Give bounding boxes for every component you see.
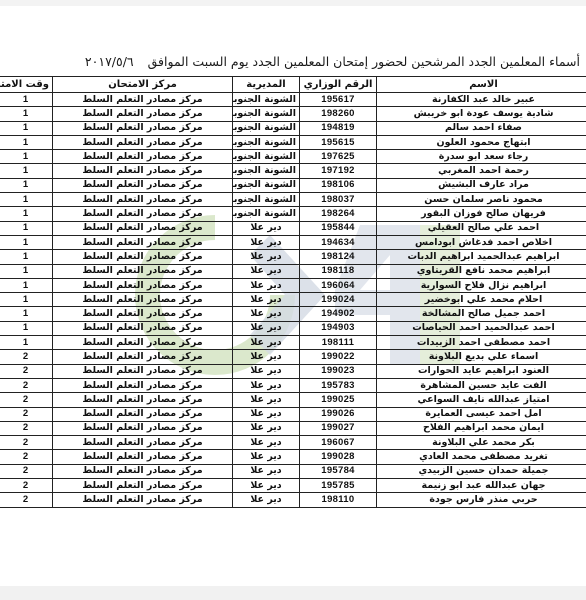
header-directorate: المديرية <box>233 77 300 93</box>
cell-directorate: دير علا <box>233 407 300 421</box>
cell-directorate: دير علا <box>233 421 300 435</box>
cell-name: محمود ناصر سلمان حسن <box>377 193 586 207</box>
table-row: فريهان صالح فوزان البقور198264الشونة الج… <box>0 207 586 221</box>
cell-ministry-number: 198260 <box>300 107 377 121</box>
cell-exam-center: مركز مصادر التعلم السلط <box>53 164 233 178</box>
table-row: احمد جميل صالح المشالخة194902دير علامركز… <box>0 307 586 321</box>
cell-ministry-number: 199026 <box>300 407 377 421</box>
cell-directorate: دير علا <box>233 493 300 507</box>
cell-name: الفت عايد حسين المشاهرة <box>377 378 586 392</box>
cell-exam-time: 2 <box>0 378 53 392</box>
cell-ministry-number: 199024 <box>300 293 377 307</box>
cell-directorate: الشونة الجنوبية <box>233 121 300 135</box>
cell-exam-center: مركز مصادر التعلم السلط <box>53 407 233 421</box>
cell-directorate: دير علا <box>233 436 300 450</box>
table-row: العنود ابراهيم عايد الحوارات199023دير عل… <box>0 364 586 378</box>
cell-exam-time: 2 <box>0 436 53 450</box>
table-row: احلام محمد علي ابوخضير199024دير علامركز … <box>0 293 586 307</box>
cell-exam-center: مركز مصادر التعلم السلط <box>53 350 233 364</box>
cell-name: ابتهاج محمود العلون <box>377 135 586 149</box>
table-row: ابراهيم عبدالحميد ابراهيم الدبات198124دي… <box>0 250 586 264</box>
cell-name: فريهان صالح فوزان البقور <box>377 207 586 221</box>
cell-exam-center: مركز مصادر التعلم السلط <box>53 93 233 107</box>
cell-exam-time: 1 <box>0 121 53 135</box>
cell-exam-time: 1 <box>0 336 53 350</box>
cell-exam-time: 1 <box>0 193 53 207</box>
title-date: ٢٠١٧/٥/٦ <box>85 54 134 69</box>
cell-ministry-number: 198106 <box>300 178 377 192</box>
cell-name: جهان عبدالله عبد ابو زنيمة <box>377 479 586 493</box>
cell-name: ابراهيم نزال فلاح السوارية <box>377 278 586 292</box>
cell-exam-time: 1 <box>0 307 53 321</box>
cell-ministry-number: 199025 <box>300 393 377 407</box>
cell-exam-time: 2 <box>0 407 53 421</box>
cell-exam-time: 1 <box>0 178 53 192</box>
cell-directorate: الشونة الجنوبية <box>233 135 300 149</box>
cell-exam-time: 2 <box>0 350 53 364</box>
cell-exam-time: 2 <box>0 450 53 464</box>
table-row: الفت عايد حسين المشاهرة195783دير علامركز… <box>0 378 586 392</box>
cell-exam-time: 2 <box>0 421 53 435</box>
cell-ministry-number: 194634 <box>300 235 377 249</box>
cell-exam-center: مركز مصادر التعلم السلط <box>53 336 233 350</box>
cell-ministry-number: 195615 <box>300 135 377 149</box>
cell-name: شادية يوسف عودة ابو خريبش <box>377 107 586 121</box>
cell-exam-center: مركز مصادر التعلم السلط <box>53 278 233 292</box>
table-row: محمود ناصر سلمان حسن198037الشونة الجنوبي… <box>0 193 586 207</box>
cell-name: جميلة حمدان حسين الزبيدي <box>377 464 586 478</box>
cell-ministry-number: 199027 <box>300 421 377 435</box>
cell-directorate: الشونة الجنوبية <box>233 150 300 164</box>
cell-exam-time: 1 <box>0 107 53 121</box>
cell-directorate: دير علا <box>233 293 300 307</box>
cell-exam-time: 1 <box>0 293 53 307</box>
cell-name: اسماء علي بديع البلاونة <box>377 350 586 364</box>
cell-exam-center: مركز مصادر التعلم السلط <box>53 135 233 149</box>
cell-ministry-number: 198111 <box>300 336 377 350</box>
cell-exam-center: مركز مصادر التعلم السلط <box>53 264 233 278</box>
header-ministry-number: الرقم الوزاري <box>300 77 377 93</box>
cell-directorate: الشونة الجنوبية <box>233 207 300 221</box>
cell-directorate: دير علا <box>233 450 300 464</box>
table-row: امل احمد عيسى العمايرة199026دير علامركز … <box>0 407 586 421</box>
cell-directorate: دير علا <box>233 221 300 235</box>
table-header-row: الاسم الرقم الوزاري المديرية مركز الامتح… <box>0 77 586 93</box>
cell-directorate: دير علا <box>233 479 300 493</box>
cell-ministry-number: 195785 <box>300 479 377 493</box>
cell-ministry-number: 195617 <box>300 93 377 107</box>
cell-exam-center: مركز مصادر التعلم السلط <box>53 436 233 450</box>
cell-exam-time: 1 <box>0 135 53 149</box>
table-row: ابراهيم محمد نافع القريتاوي198118دير علا… <box>0 264 586 278</box>
cell-directorate: دير علا <box>233 278 300 292</box>
cell-exam-center: مركز مصادر التعلم السلط <box>53 193 233 207</box>
cell-name: امتياز عبدالله نايف السواعي <box>377 393 586 407</box>
cell-name: تغريد مصطفى محمد العادي <box>377 450 586 464</box>
table-row: ابتهاج محمود العلون195615الشونة الجنوبية… <box>0 135 586 149</box>
cell-ministry-number: 198264 <box>300 207 377 221</box>
table-row: شادية يوسف عودة ابو خريبش198260الشونة ال… <box>0 107 586 121</box>
table-row: امتياز عبدالله نايف السواعي199025دير علا… <box>0 393 586 407</box>
cell-ministry-number: 195784 <box>300 464 377 478</box>
cell-directorate: الشونة الجنوبية <box>233 93 300 107</box>
cell-exam-time: 2 <box>0 479 53 493</box>
cell-name: احمد مصطفى احمد الزبيدات <box>377 336 586 350</box>
header-name: الاسم <box>377 77 586 93</box>
cell-directorate: دير علا <box>233 336 300 350</box>
cell-directorate: دير علا <box>233 250 300 264</box>
cell-exam-time: 1 <box>0 221 53 235</box>
cell-exam-time: 1 <box>0 278 53 292</box>
cell-directorate: دير علا <box>233 393 300 407</box>
cell-directorate: دير علا <box>233 321 300 335</box>
cell-name: احمد عبدالحميد احمد الحياصات <box>377 321 586 335</box>
cell-name: رجاء سعد ابو سدرة <box>377 150 586 164</box>
cell-exam-center: مركز مصادر التعلم السلط <box>53 421 233 435</box>
title-text: أسماء المعلمين الجدد المرشحين لحضور إمتح… <box>148 54 580 69</box>
cell-exam-center: مركز مصادر التعلم السلط <box>53 364 233 378</box>
cell-exam-time: 2 <box>0 493 53 507</box>
table-row: اسماء علي بديع البلاونة199022دير علامركز… <box>0 350 586 364</box>
cell-exam-center: مركز مصادر التعلم السلط <box>53 378 233 392</box>
cell-ministry-number: 198110 <box>300 493 377 507</box>
table-row: عبير خالد عبد الكفارنة195617الشونة الجنو… <box>0 93 586 107</box>
cell-exam-center: مركز مصادر التعلم السلط <box>53 121 233 135</box>
cell-exam-center: مركز مصادر التعلم السلط <box>53 479 233 493</box>
bottom-margin-band <box>0 586 586 600</box>
cell-exam-time: 1 <box>0 235 53 249</box>
cell-ministry-number: 198118 <box>300 264 377 278</box>
cell-exam-center: مركز مصادر التعلم السلط <box>53 235 233 249</box>
table-row: جهان عبدالله عبد ابو زنيمة195785دير علام… <box>0 479 586 493</box>
top-margin-band <box>0 0 586 6</box>
cell-exam-time: 2 <box>0 364 53 378</box>
cell-ministry-number: 198037 <box>300 193 377 207</box>
cell-directorate: دير علا <box>233 307 300 321</box>
cell-exam-center: مركز مصادر التعلم السلط <box>53 150 233 164</box>
table-row: بكر محمد علي البلاونة196067دير علامركز م… <box>0 436 586 450</box>
cell-name: احمد جميل صالح المشالخة <box>377 307 586 321</box>
table-row: احمد علي صالح العقيلي195844دير علامركز م… <box>0 221 586 235</box>
table-row: ايمان محمد ابراهيم الفلاح199027دير علامر… <box>0 421 586 435</box>
cell-name: مراد عارف البشيش <box>377 178 586 192</box>
table-row: رجاء سعد ابو سدرة197625الشونة الجنوبيةمر… <box>0 150 586 164</box>
cell-name: ابراهيم عبدالحميد ابراهيم الدبات <box>377 250 586 264</box>
cell-exam-center: مركز مصادر التعلم السلط <box>53 393 233 407</box>
cell-ministry-number: 195844 <box>300 221 377 235</box>
table-row: رحمة احمد المغربي197192الشونة الجنوبيةمر… <box>0 164 586 178</box>
table-row: مراد عارف البشيش198106الشونة الجنوبيةمرك… <box>0 178 586 192</box>
cell-name: اخلاص احمد فدغاش ابودامس <box>377 235 586 249</box>
cell-ministry-number: 195783 <box>300 378 377 392</box>
cell-name: رحمة احمد المغربي <box>377 164 586 178</box>
cell-exam-time: 1 <box>0 321 53 335</box>
cell-ministry-number: 196067 <box>300 436 377 450</box>
cell-name: بكر محمد علي البلاونة <box>377 436 586 450</box>
cell-directorate: الشونة الجنوبية <box>233 193 300 207</box>
table-row: اخلاص احمد فدغاش ابودامس194634دير علامرك… <box>0 235 586 249</box>
cell-ministry-number: 194819 <box>300 121 377 135</box>
table-row: احمد عبدالحميد احمد الحياصات194903دير عل… <box>0 321 586 335</box>
cell-exam-center: مركز مصادر التعلم السلط <box>53 464 233 478</box>
cell-exam-time: 1 <box>0 93 53 107</box>
cell-exam-center: مركز مصادر التعلم السلط <box>53 321 233 335</box>
cell-ministry-number: 199023 <box>300 364 377 378</box>
cell-exam-time: 1 <box>0 207 53 221</box>
cell-directorate: الشونة الجنوبية <box>233 178 300 192</box>
header-exam-time: وقت الامتحان <box>0 77 53 93</box>
cell-name: ايمان محمد ابراهيم الفلاح <box>377 421 586 435</box>
table-row: صفاء احمد سالم194819الشونة الجنوبيةمركز … <box>0 121 586 135</box>
header-exam-center: مركز الامتحان <box>53 77 233 93</box>
cell-exam-center: مركز مصادر التعلم السلط <box>53 293 233 307</box>
cell-ministry-number: 199022 <box>300 350 377 364</box>
cell-exam-center: مركز مصادر التعلم السلط <box>53 493 233 507</box>
cell-ministry-number: 199028 <box>300 450 377 464</box>
cell-exam-center: مركز مصادر التعلم السلط <box>53 307 233 321</box>
cell-exam-center: مركز مصادر التعلم السلط <box>53 207 233 221</box>
cell-directorate: دير علا <box>233 235 300 249</box>
cell-directorate: الشونة الجنوبية <box>233 164 300 178</box>
cell-ministry-number: 197625 <box>300 150 377 164</box>
table-row: تغريد مصطفى محمد العادي199028دير علامركز… <box>0 450 586 464</box>
table-row: احمد مصطفى احمد الزبيدات198111دير علامرك… <box>0 336 586 350</box>
cell-exam-time: 1 <box>0 250 53 264</box>
cell-directorate: دير علا <box>233 364 300 378</box>
cell-name: عبير خالد عبد الكفارنة <box>377 93 586 107</box>
candidates-table: الاسم الرقم الوزاري المديرية مركز الامتح… <box>0 76 586 508</box>
cell-directorate: دير علا <box>233 378 300 392</box>
cell-name: العنود ابراهيم عايد الحوارات <box>377 364 586 378</box>
cell-exam-center: مركز مصادر التعلم السلط <box>53 450 233 464</box>
cell-ministry-number: 197192 <box>300 164 377 178</box>
cell-name: ابراهيم محمد نافع القريتاوي <box>377 264 586 278</box>
cell-directorate: دير علا <box>233 464 300 478</box>
cell-name: احلام محمد علي ابوخضير <box>377 293 586 307</box>
cell-exam-time: 1 <box>0 150 53 164</box>
cell-name: صفاء احمد سالم <box>377 121 586 135</box>
document-title: أسماء المعلمين الجدد المرشحين لحضور إمتح… <box>20 54 580 69</box>
cell-exam-time: 1 <box>0 164 53 178</box>
cell-name: حربي منذر فارس جودة <box>377 493 586 507</box>
cell-name: امل احمد عيسى العمايرة <box>377 407 586 421</box>
cell-exam-center: مركز مصادر التعلم السلط <box>53 178 233 192</box>
cell-exam-center: مركز مصادر التعلم السلط <box>53 250 233 264</box>
cell-exam-center: مركز مصادر التعلم السلط <box>53 107 233 121</box>
cell-exam-time: 2 <box>0 464 53 478</box>
table-row: حربي منذر فارس جودة198110دير علامركز مصا… <box>0 493 586 507</box>
cell-exam-time: 2 <box>0 393 53 407</box>
cell-ministry-number: 194903 <box>300 321 377 335</box>
cell-ministry-number: 196064 <box>300 278 377 292</box>
cell-name: احمد علي صالح العقيلي <box>377 221 586 235</box>
table-row: ابراهيم نزال فلاح السوارية196064دير علام… <box>0 278 586 292</box>
cell-ministry-number: 194902 <box>300 307 377 321</box>
table-row: جميلة حمدان حسين الزبيدي195784دير علامرك… <box>0 464 586 478</box>
cell-directorate: الشونة الجنوبية <box>233 107 300 121</box>
cell-directorate: دير علا <box>233 264 300 278</box>
cell-exam-time: 1 <box>0 264 53 278</box>
cell-directorate: دير علا <box>233 350 300 364</box>
cell-exam-center: مركز مصادر التعلم السلط <box>53 221 233 235</box>
cell-ministry-number: 198124 <box>300 250 377 264</box>
